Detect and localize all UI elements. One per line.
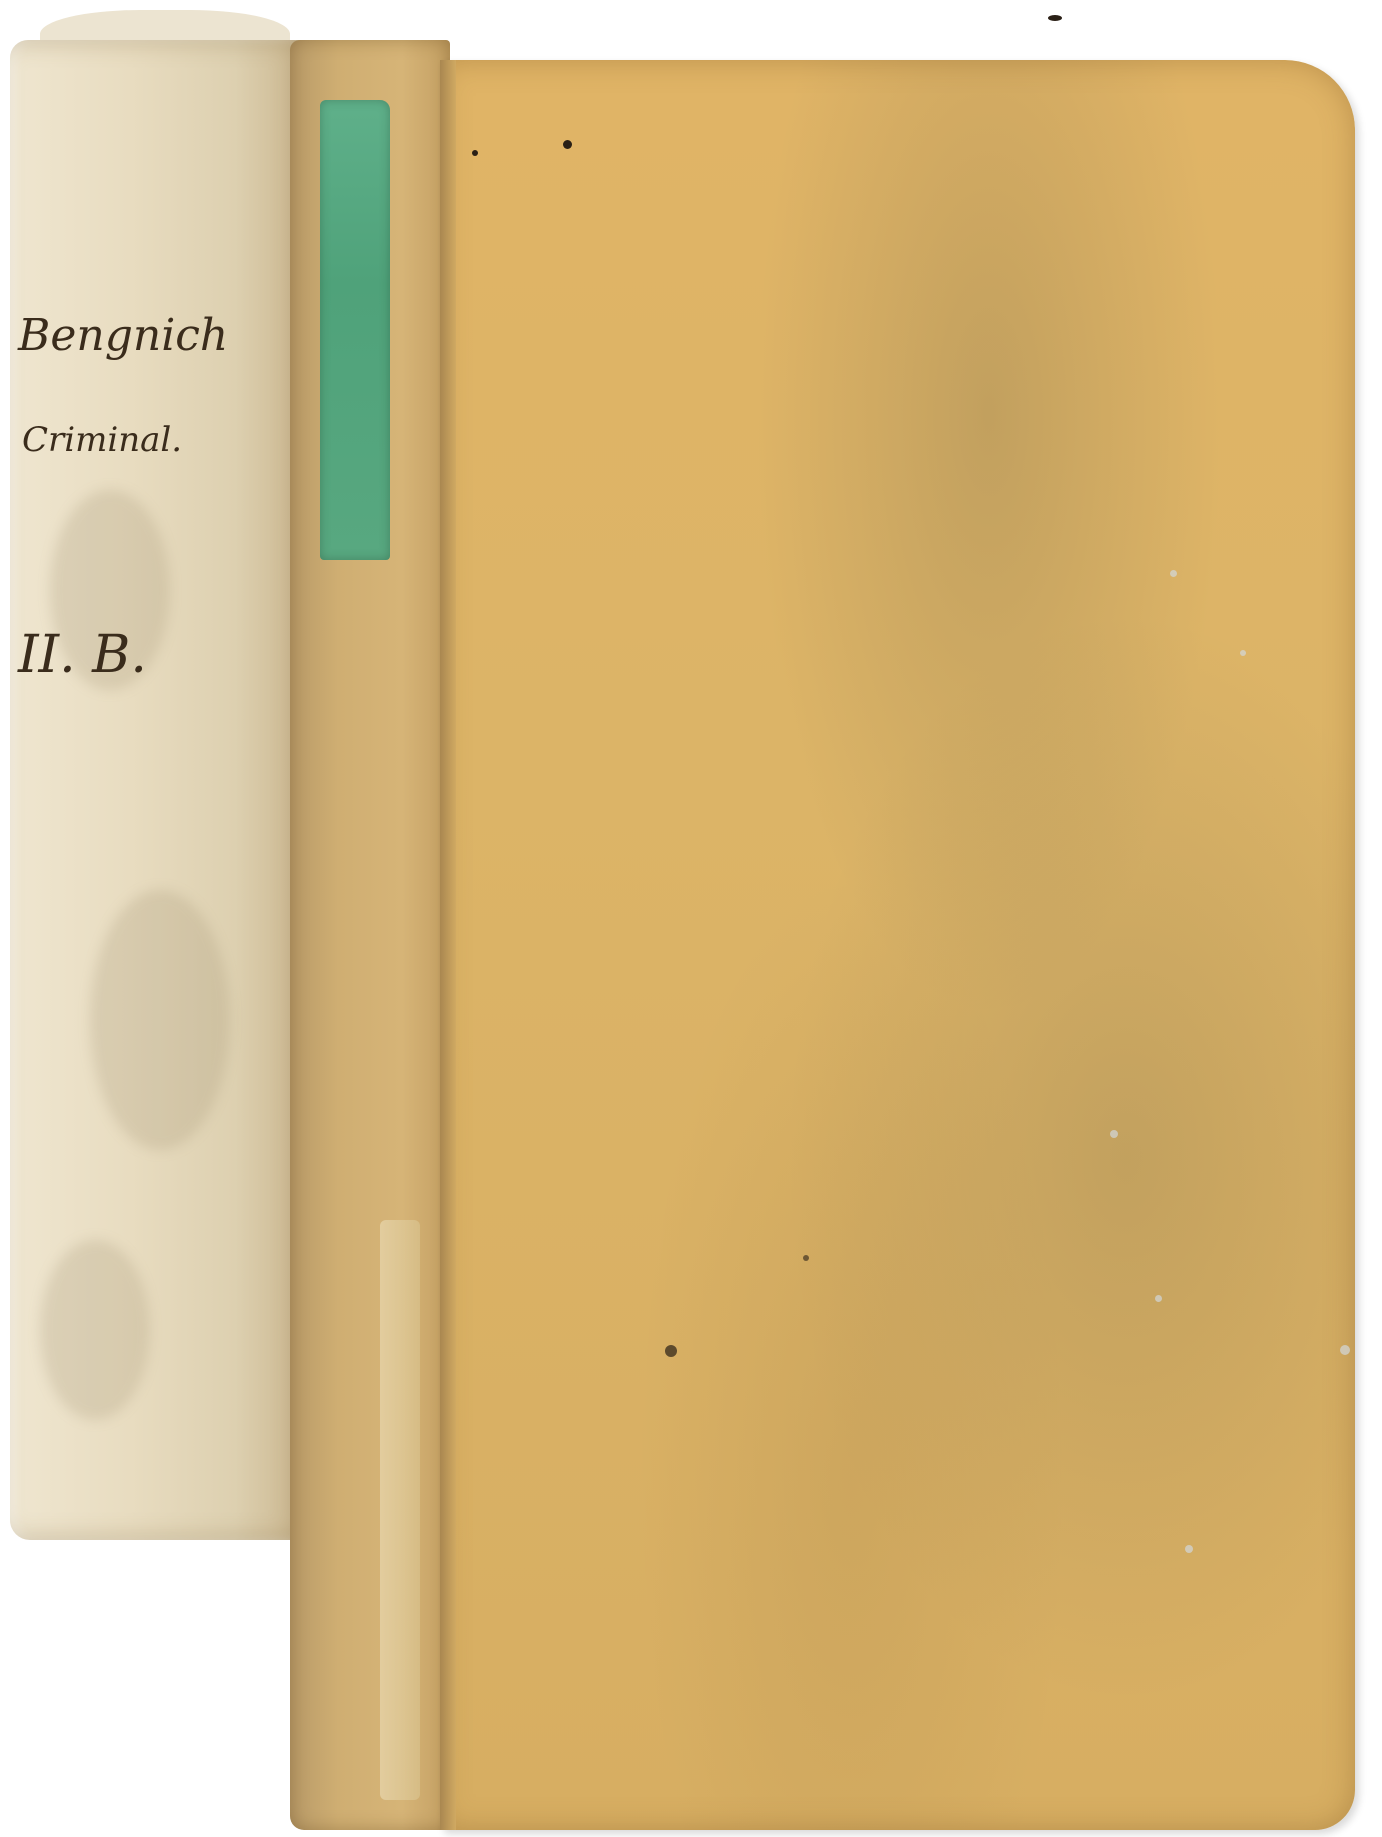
fleck <box>1170 570 1177 577</box>
spine-inscription-volume: II. B. <box>18 625 147 685</box>
stain <box>40 1240 150 1420</box>
fleck <box>1185 1545 1193 1553</box>
front-cover <box>440 60 1355 1830</box>
stain <box>90 890 230 1150</box>
fleck <box>1240 650 1246 656</box>
ink-dot <box>803 1255 809 1261</box>
spine-inscription-title: Criminal. <box>22 420 182 460</box>
cover-edge <box>440 60 456 1830</box>
fleck <box>1340 1345 1350 1355</box>
spine-inscription-author: Bengnich <box>18 310 228 361</box>
fleck <box>1155 1295 1162 1302</box>
vellum-spine <box>10 40 310 1540</box>
book-photo: Bengnich Criminal. II. B. <box>0 0 1382 1837</box>
ink-mark <box>1048 15 1062 21</box>
ink-dot <box>563 140 572 149</box>
fleck <box>1110 1130 1118 1138</box>
ink-dot <box>665 1345 677 1357</box>
spine-label-handwriting <box>332 120 382 540</box>
spine-tear <box>380 1220 420 1800</box>
ink-dot <box>472 150 478 156</box>
